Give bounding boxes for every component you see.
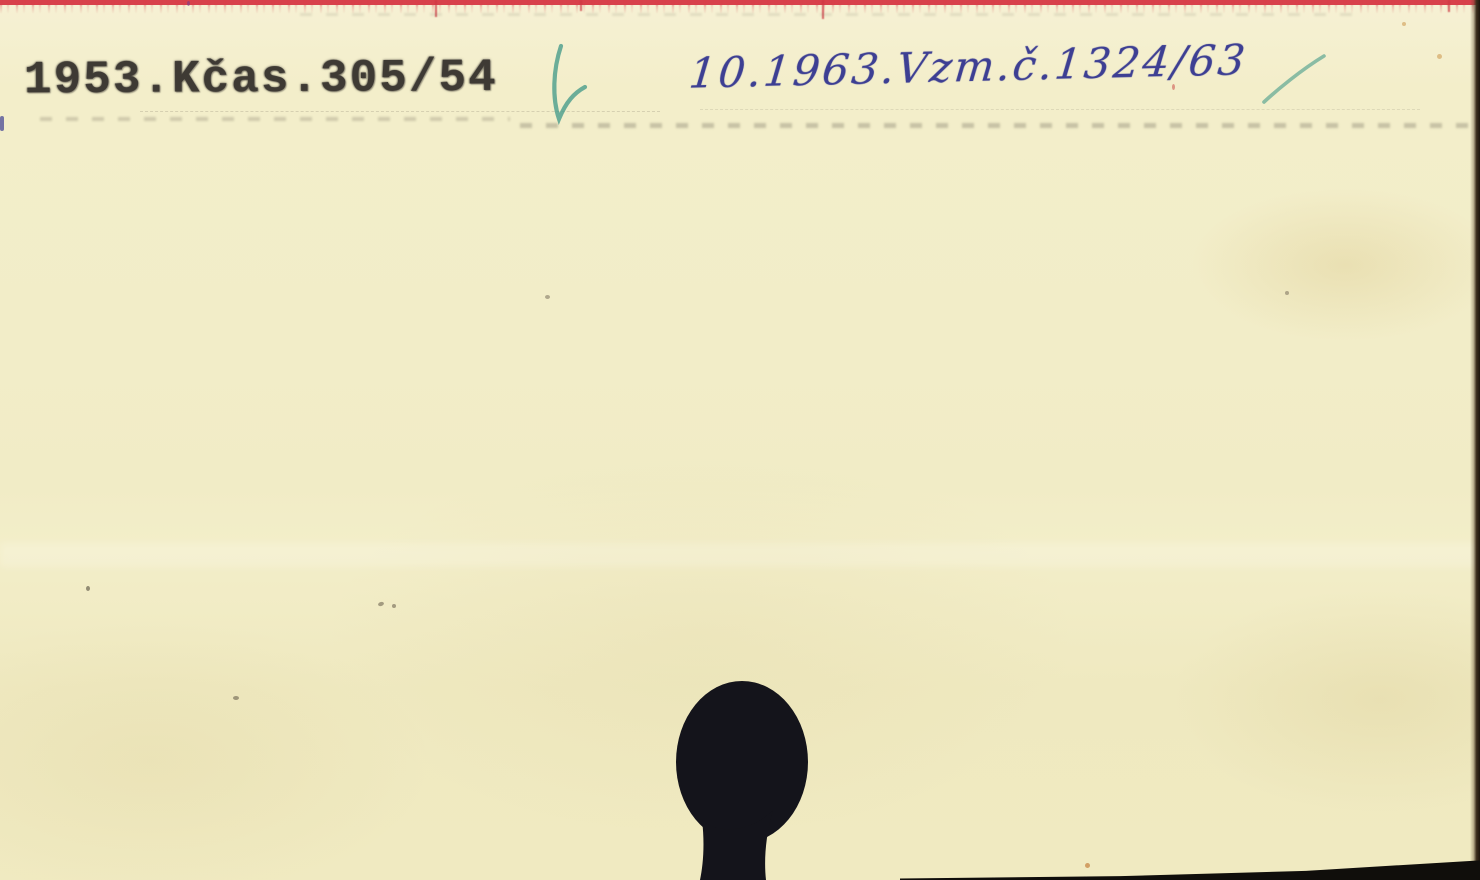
speck — [233, 696, 239, 700]
typed-reference-text: 1953.Kčas.305/54 — [24, 55, 544, 104]
speck — [1285, 291, 1289, 295]
ghost-text-smudge — [300, 13, 1360, 16]
speck — [1172, 84, 1175, 90]
blue-edge-mark — [0, 116, 4, 131]
paper-crease — [0, 543, 1480, 567]
speck — [1437, 54, 1442, 59]
red-streak — [822, 0, 824, 19]
speck — [187, 1, 190, 6]
handwritten-note-text: 10.1963.Vzm.č.1324/63 — [687, 39, 1273, 95]
speck — [1402, 22, 1406, 26]
red-top-edge-bleed — [0, 0, 1480, 14]
red-streak — [1448, 0, 1450, 12]
scan-edge-right — [1470, 0, 1480, 880]
speck — [86, 586, 90, 591]
speck — [377, 601, 384, 607]
speck — [392, 604, 396, 608]
ghost-text-smudge — [40, 117, 510, 121]
red-streak — [580, 0, 582, 11]
index-card-scan: 1953.Kčas.305/54 10.1963.Vzm.č.1324/63 — [0, 0, 1480, 880]
speck — [1085, 863, 1090, 868]
scan-edge-bottom-right — [900, 856, 1480, 880]
teal-checkmark-icon — [528, 42, 598, 127]
teal-tick-icon — [1255, 50, 1333, 108]
dotted-rule — [700, 109, 1420, 110]
punch-hole-icon — [656, 672, 831, 880]
ghost-text-smudge — [520, 123, 1470, 128]
speck — [545, 295, 550, 299]
